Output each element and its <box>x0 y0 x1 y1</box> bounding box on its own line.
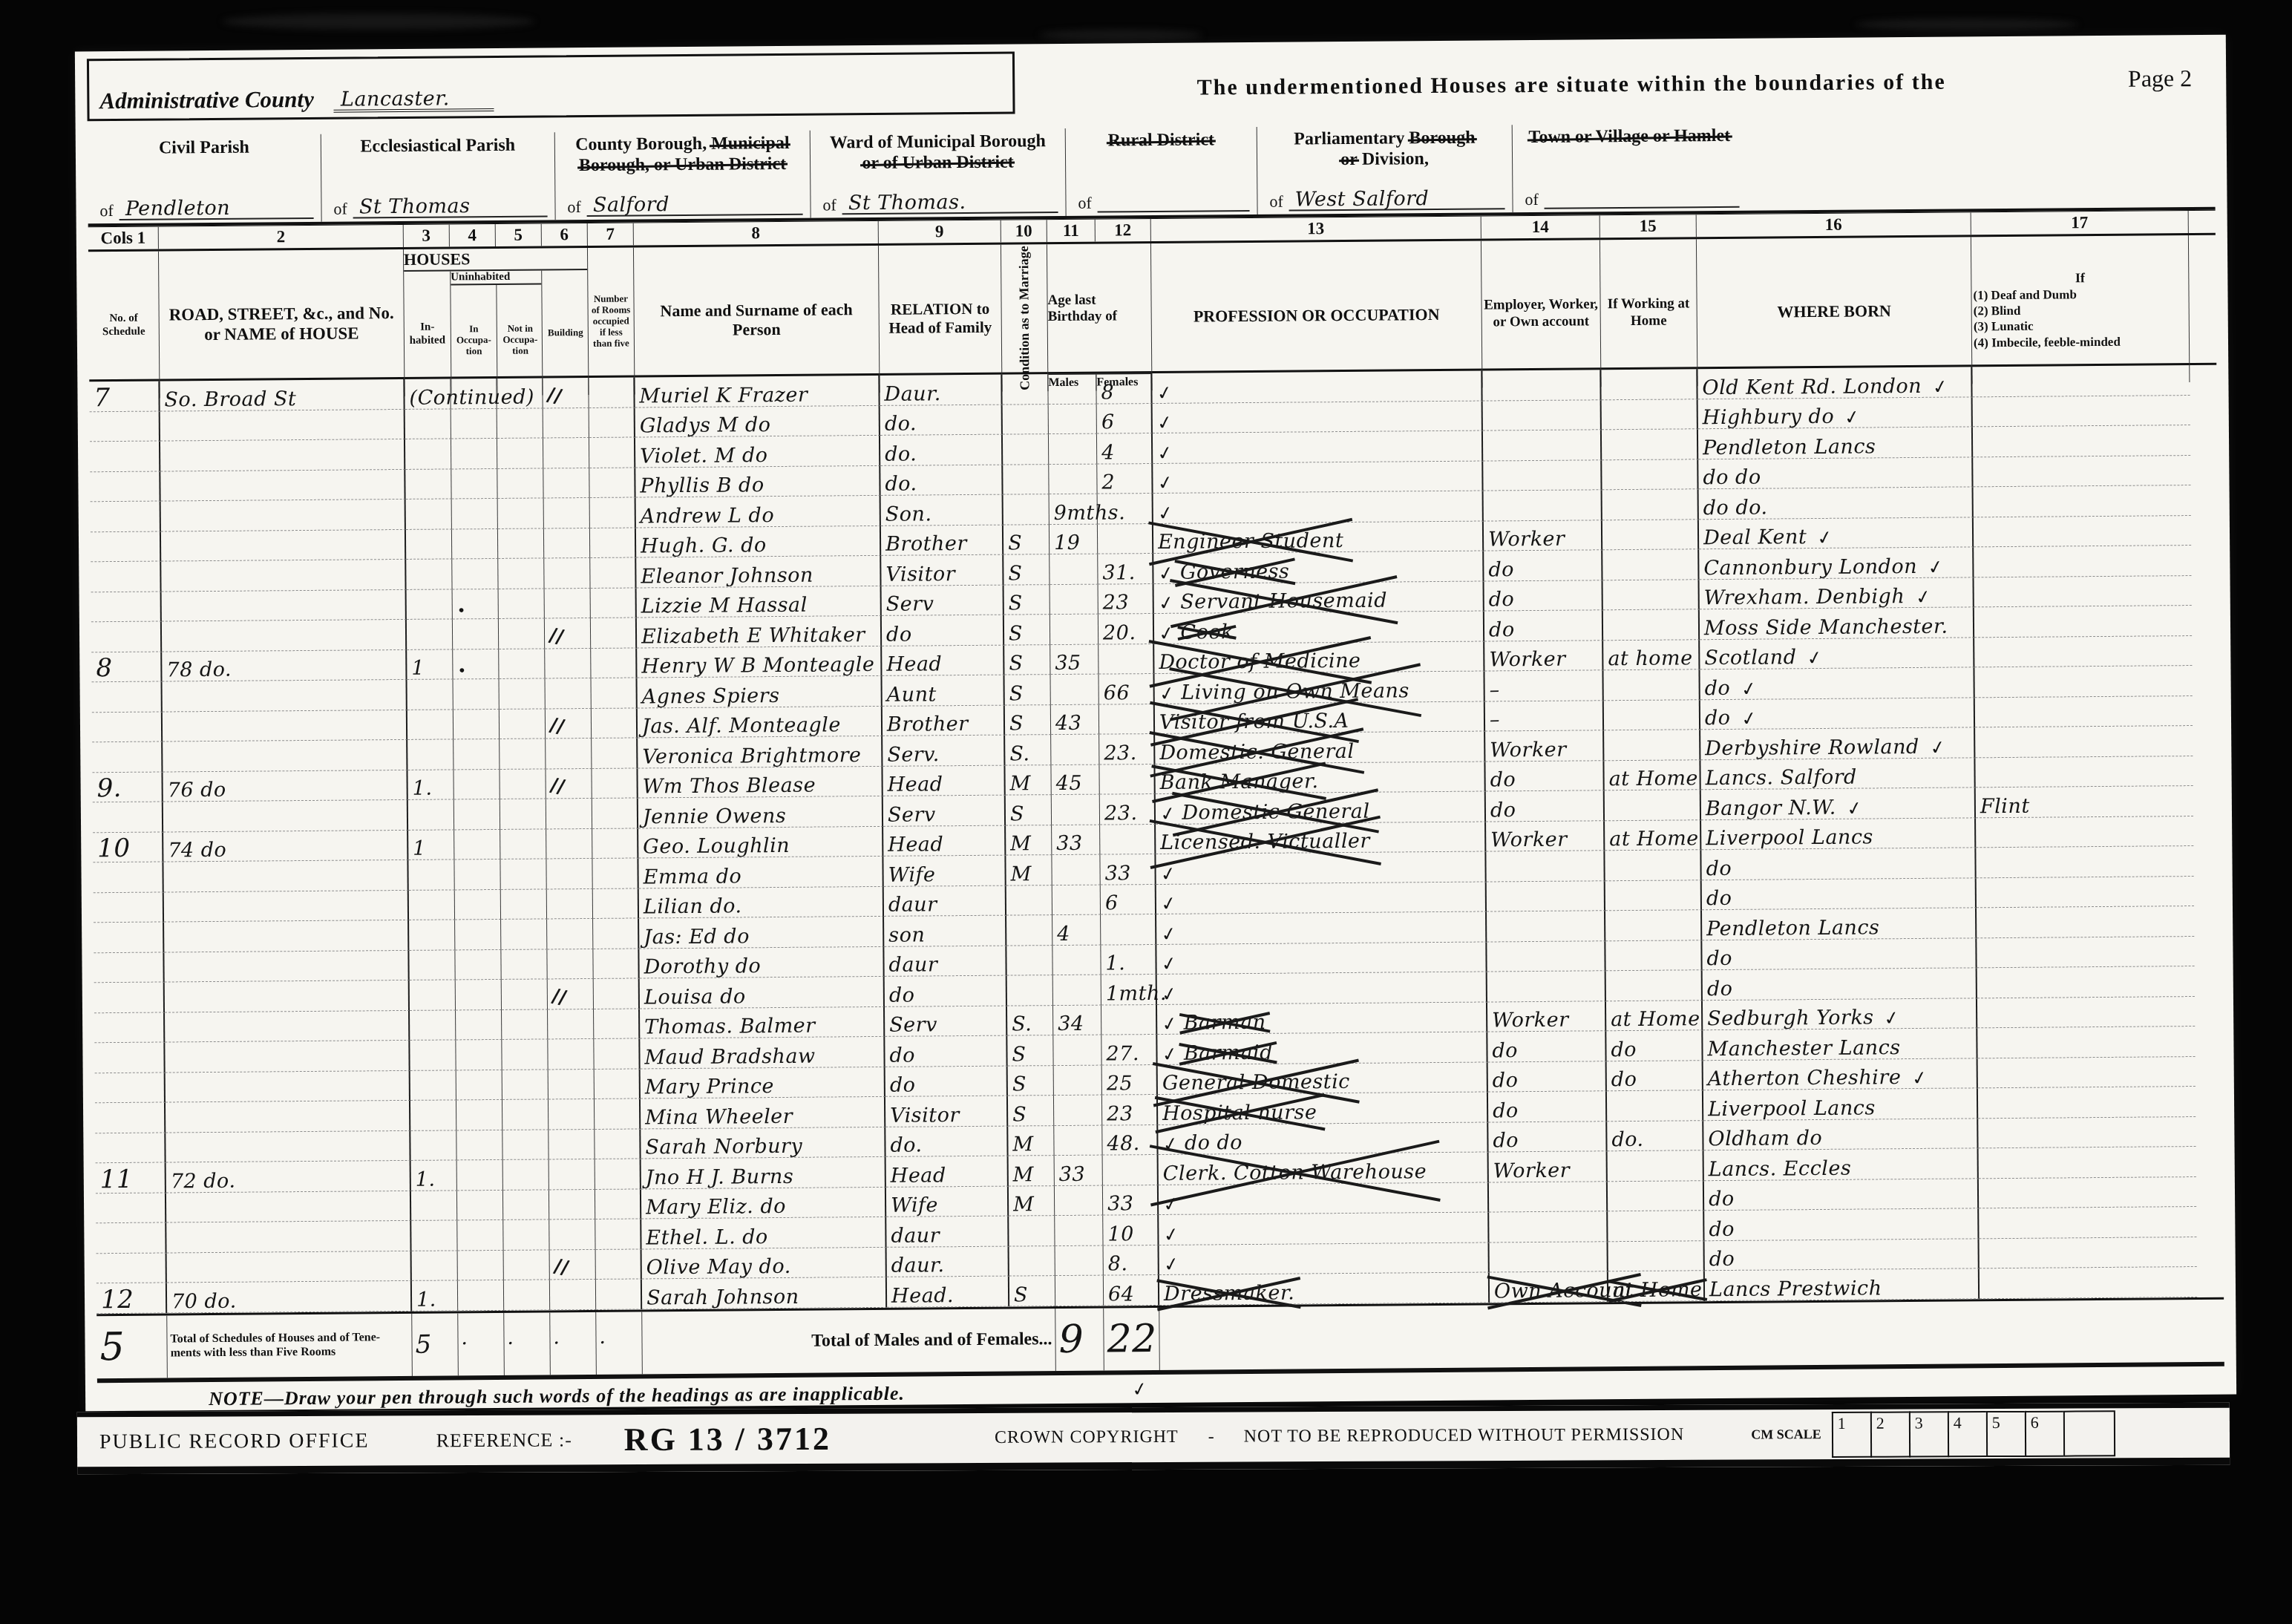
employer: Worker <box>1484 520 1602 551</box>
not-in-occupation-mark <box>497 408 543 439</box>
building-mark <box>549 1189 595 1219</box>
header-infirmity-2: (2) Blind <box>1974 303 2021 319</box>
column-number: 5 <box>496 223 542 246</box>
total-males-value: 9 <box>1055 1308 1104 1371</box>
total-dash: · <box>458 1312 505 1375</box>
condition: M <box>1008 1126 1054 1156</box>
road-name <box>166 1191 411 1222</box>
condition <box>1007 975 1053 1006</box>
parish-label-segment: Town or Village or Hamlet <box>1528 126 1730 147</box>
occupation: ✓ <box>1159 1182 1489 1215</box>
employer: Worker <box>1489 1151 1608 1182</box>
header-name: Name and Surname of each Person <box>634 246 880 395</box>
parish-of: of <box>99 201 114 220</box>
road-name <box>166 1101 410 1133</box>
building-mark <box>550 1280 596 1310</box>
infirmity-note <box>1978 1087 2196 1119</box>
building-mark <box>549 1129 595 1159</box>
in-occupation-mark: • <box>453 589 499 619</box>
relation: Aunt <box>882 675 1004 707</box>
parish-of: of <box>1269 192 1283 212</box>
schedule-number <box>94 1012 165 1043</box>
age-female: 27. <box>1101 1035 1157 1065</box>
inhabited-mark <box>405 439 451 469</box>
in-occupation-mark <box>451 468 497 499</box>
person-name: Ethel. L. do <box>641 1217 886 1249</box>
relation: Wife <box>883 856 1006 887</box>
footer-cm-ruler: 123456 <box>1832 1410 2115 1458</box>
not-in-occupation-mark <box>500 739 546 769</box>
in-occupation-mark <box>455 889 501 920</box>
road-name <box>166 1130 410 1162</box>
where-born: do <box>1703 968 1977 1000</box>
condition <box>1006 915 1052 946</box>
column-number: 15 <box>1600 215 1697 238</box>
column-number: 11 <box>1047 220 1096 243</box>
infirmity-note <box>1975 726 2193 758</box>
parish-value: St Thomas <box>353 195 548 218</box>
employer: Worker <box>1486 821 1605 852</box>
person-name: Jno H J. Burns <box>641 1157 886 1189</box>
not-in-occupation-mark <box>504 1280 550 1310</box>
inhabited-mark <box>411 1191 457 1221</box>
in-occupation-mark <box>456 980 502 1010</box>
schedule-number: 8 <box>91 652 162 682</box>
employer: do <box>1485 761 1604 792</box>
person-name: Olive May do. <box>642 1247 887 1279</box>
schedule-number: 11 <box>96 1162 166 1193</box>
age-male <box>1054 1096 1102 1126</box>
schedule-number: 7 <box>89 382 160 412</box>
relation: daur <box>884 885 1006 917</box>
header-condition-text: Condition as to Marriage <box>1017 246 1032 390</box>
age-male <box>1050 675 1098 705</box>
occupation: Visitor from U.S.A <box>1155 701 1485 734</box>
rooms-mark <box>592 708 638 739</box>
working-at-home <box>1605 880 1702 911</box>
person-name: Agnes Spiers <box>638 676 883 708</box>
age-male <box>1052 885 1101 915</box>
working-at-home: do <box>1607 1061 1703 1092</box>
age-female: 2 <box>1097 464 1153 494</box>
parish-label: Civil Parish <box>92 137 316 160</box>
person-name: Henry W B Monteagle <box>637 646 882 678</box>
relation: Serv. <box>883 736 1005 767</box>
employer: do <box>1484 580 1603 612</box>
road-name <box>166 1221 411 1253</box>
in-occupation-mark <box>453 619 499 649</box>
schedule-number <box>93 802 163 833</box>
age-female: 23. <box>1099 734 1155 764</box>
parish-of: of <box>822 195 836 215</box>
where-born: Atherton Cheshire✓ <box>1703 1058 1978 1090</box>
infirmity-note <box>1974 576 2191 608</box>
employer: do <box>1487 1031 1606 1062</box>
parish-of: of <box>567 197 581 217</box>
where-born: Oldham do <box>1703 1119 1978 1150</box>
infirmity-note <box>1973 425 2190 457</box>
total-dash: · <box>550 1312 597 1374</box>
age-female: 4 <box>1097 433 1153 464</box>
inhabited-mark <box>406 559 452 589</box>
total-schedules-count: 5 <box>96 1315 168 1378</box>
condition: S. <box>1007 1006 1053 1036</box>
condition <box>1003 405 1049 435</box>
infirmity-note <box>1977 877 2194 908</box>
column-number: 2 <box>159 225 404 249</box>
age-male <box>1053 1035 1101 1066</box>
parish-value: St Thomas. <box>842 191 1058 215</box>
employer <box>1486 851 1605 882</box>
rooms-mark <box>591 618 637 648</box>
condition: S <box>1004 615 1050 645</box>
schedule-number <box>96 1222 166 1253</box>
inhabited-mark <box>407 739 454 770</box>
inhabited-mark: 1. <box>411 1160 457 1191</box>
header-infirmity-4: (4) Imbecile, feeble-minded <box>1974 334 2121 351</box>
age-male <box>1053 975 1101 1006</box>
not-in-occupation-mark <box>501 919 547 949</box>
cm-ruler-segment: 4 <box>1948 1411 1986 1457</box>
condition: M <box>1009 1186 1055 1217</box>
header-relation: RELATION to Head of Family <box>879 245 1003 393</box>
employer: – <box>1484 670 1603 701</box>
building-mark <box>547 888 593 919</box>
relation: Visitor <box>885 1096 1008 1127</box>
inhabited-mark <box>408 799 454 830</box>
where-born: do <box>1701 848 1976 880</box>
header-road: ROAD, STREET, &c., and No. or NAME of HO… <box>159 249 405 399</box>
footer-reference-number: RG 13 / 3712 <box>624 1420 831 1458</box>
person-name: Geo. Loughlin <box>638 826 883 858</box>
where-born: Deal Kent✓ <box>1699 517 1974 549</box>
age-male <box>1052 855 1100 885</box>
stray-tick-mark: ✓ <box>1130 1378 1150 1399</box>
inhabited-mark <box>410 1070 456 1101</box>
person-name: Sarah Norbury <box>641 1127 885 1159</box>
header-age-group: Age last Birthday of Males Females <box>1047 243 1153 392</box>
schedule-number <box>94 923 164 953</box>
working-at-home <box>1602 459 1698 491</box>
where-born: Lancs. Eccles <box>1704 1148 1979 1180</box>
schedule-number <box>90 471 160 502</box>
relation: daur <box>886 1217 1009 1248</box>
not-in-occupation-mark <box>502 979 548 1009</box>
schedule-number <box>92 682 163 713</box>
road-name <box>161 500 406 531</box>
occupation: ✓ <box>1159 1212 1489 1245</box>
employer <box>1483 400 1602 431</box>
where-born: do do. <box>1699 487 1974 519</box>
where-born: do <box>1702 878 1977 910</box>
working-at-home: at home <box>1603 640 1700 671</box>
infirmity-note <box>1980 1267 2197 1299</box>
schedule-number: 12 <box>96 1283 167 1313</box>
inhabited-mark <box>407 619 453 649</box>
age-male <box>1049 404 1097 434</box>
age-male <box>1054 1125 1102 1156</box>
infirmity-note <box>1974 636 2192 668</box>
rooms-mark <box>595 1129 641 1159</box>
header-inhabited: In-habited <box>404 271 451 396</box>
condition <box>1003 494 1050 525</box>
working-at-home <box>1608 1211 1704 1242</box>
total-males-females-label: Total of Males and of Females... <box>642 1309 1056 1374</box>
employer: do <box>1486 790 1605 822</box>
working-at-home <box>1604 730 1700 761</box>
occupation: ✓ <box>1159 1242 1490 1275</box>
building-mark <box>544 558 590 589</box>
building-mark <box>543 468 589 498</box>
parish-label: Ward of Municipal Boroughor of Urban Dis… <box>815 131 1061 174</box>
in-occupation-mark <box>455 920 501 950</box>
employer <box>1490 1242 1608 1273</box>
schedule-number <box>90 442 160 472</box>
age-female: 8 <box>1096 373 1152 404</box>
person-name: Andrew L do <box>636 496 881 528</box>
condition <box>1002 374 1048 405</box>
person-name: Muriel K Frazer <box>635 376 880 407</box>
schedule-number <box>95 1133 166 1163</box>
building-mark <box>543 407 589 438</box>
age-male: 33 <box>1052 825 1100 855</box>
where-born: do <box>1702 938 1977 970</box>
in-occupation-mark <box>456 1100 502 1130</box>
parish-label: Parliamentary Boroughor Division, <box>1262 128 1507 171</box>
parish-label-segment: or of Urban District <box>862 152 1013 173</box>
age-female: 6 <box>1097 404 1153 434</box>
employer: do <box>1488 1061 1607 1093</box>
schedule-number <box>92 712 163 742</box>
parish-value: Salford <box>587 194 803 217</box>
in-occupation-mark <box>451 408 497 439</box>
building-mark: // <box>546 708 592 739</box>
occupation: Clerk. Cotton Warehouse <box>1159 1152 1489 1185</box>
employer: Own Account <box>1490 1271 1608 1303</box>
not-in-occupation-mark <box>502 1099 549 1130</box>
schedule-number <box>95 1102 166 1133</box>
infirmity-note <box>1977 906 2194 938</box>
road-name <box>167 1251 412 1283</box>
footer-office: PUBLIC RECORD OFFICE <box>99 1429 370 1454</box>
condition <box>1006 946 1052 976</box>
in-occupation-mark <box>454 769 500 799</box>
parish-label: Town or Village or Hamlet <box>1517 126 1742 148</box>
where-born: do✓ <box>1700 667 1974 699</box>
occupation: ✓ <box>1157 972 1487 1005</box>
where-born: Bangor N.W.✓ <box>1701 788 1976 819</box>
person-name: Jas. Alf. Monteagle <box>638 706 883 738</box>
relation: Son. <box>881 495 1003 526</box>
inhabited-mark <box>410 1040 456 1070</box>
age-male <box>1050 584 1098 615</box>
road-name <box>163 680 407 712</box>
age-female <box>1099 764 1155 795</box>
person-name: Jennie Owens <box>638 796 883 828</box>
column-number: 12 <box>1096 219 1151 242</box>
building-mark <box>548 1009 594 1039</box>
age-male <box>1055 1245 1104 1276</box>
rooms-mark <box>595 1189 641 1219</box>
column-number: 17 <box>1971 211 2189 235</box>
age-male: 43 <box>1051 704 1099 735</box>
relation: Visitor <box>881 555 1003 586</box>
age-male <box>1055 1216 1103 1246</box>
infirmity-note <box>1974 666 2192 698</box>
not-in-occupation-mark <box>501 949 547 980</box>
parish-label-segment: Parliamentary <box>1294 128 1409 148</box>
age-male <box>1050 554 1098 585</box>
where-born: Pendleton Lancs <box>1702 908 1977 940</box>
rooms-mark <box>591 588 637 618</box>
in-occupation-mark <box>457 1190 503 1220</box>
occupation: ✓Domestic General <box>1156 792 1486 825</box>
rooms-mark <box>590 528 636 558</box>
relation: daur <box>884 946 1006 977</box>
working-at-home <box>1605 940 1702 972</box>
working-at-home: at Home <box>1604 760 1700 791</box>
occupation: ✓do do <box>1158 1122 1488 1155</box>
condition <box>1003 434 1049 465</box>
building-mark <box>544 528 590 558</box>
footer-copyright: CROWN COPYRIGHT <box>995 1427 1179 1448</box>
header-schedule: No. of Schedule <box>88 252 160 399</box>
age-male: 35 <box>1050 644 1098 675</box>
rooms-mark <box>589 437 635 468</box>
occupation: ✓ <box>1153 401 1483 433</box>
condition: S <box>1008 1066 1054 1096</box>
header-infirmity-1: (1) Deaf and Dumb <box>1973 287 2076 303</box>
age-male <box>1054 1065 1102 1096</box>
schedule-number <box>90 411 160 442</box>
where-born: do✓ <box>1700 698 1975 730</box>
cm-ruler-segment: 5 <box>1986 1410 2025 1456</box>
not-in-occupation-mark <box>502 1039 548 1070</box>
infirmity-note <box>1974 546 2191 577</box>
working-at-home <box>1604 700 1700 731</box>
age-male <box>1051 735 1099 765</box>
inhabited-mark: 1 <box>408 830 454 860</box>
schedule-number <box>96 1253 167 1283</box>
rooms-mark <box>592 798 638 828</box>
age-female: 10 <box>1103 1215 1159 1245</box>
road-name <box>164 920 409 952</box>
parish-cell: County Borough, MunicipalBorough, or Urb… <box>555 131 811 220</box>
census-entries: 7So. Broad St(Continued)//Muriel K Fraze… <box>89 365 2224 1314</box>
where-born: Lancs Prestwich <box>1705 1268 1980 1300</box>
column-number: 4 <box>450 224 496 246</box>
relation: Head <box>883 825 1006 857</box>
age-female: 1mth. <box>1101 975 1157 1005</box>
road-name: 78 do. <box>162 649 407 681</box>
relation: Head. <box>887 1277 1009 1308</box>
road-name <box>160 439 405 471</box>
relation: Serv <box>882 585 1004 616</box>
building-mark <box>546 828 592 859</box>
rooms-mark <box>595 1159 641 1189</box>
relation: Head <box>882 645 1004 676</box>
parish-label-segment: Rural District <box>1108 130 1214 150</box>
condition <box>1003 465 1049 495</box>
inhabited-mark <box>409 950 455 980</box>
header-rooms: Number of Rooms occupied if less than fi… <box>588 248 635 396</box>
header-houses: HOUSES <box>404 248 587 272</box>
in-occupation-mark <box>454 739 500 770</box>
building-mark <box>549 1159 595 1190</box>
age-female: 25 <box>1102 1064 1158 1095</box>
inhabited-mark <box>410 1010 456 1041</box>
not-in-occupation-mark <box>503 1190 549 1220</box>
relation: do. <box>885 1126 1008 1157</box>
infirmity-note <box>1975 696 2193 728</box>
schedule-number <box>93 862 163 893</box>
road-name <box>163 710 407 741</box>
cm-ruler-segment <box>2063 1410 2115 1456</box>
working-at-home <box>1603 669 1700 701</box>
road-name <box>161 560 406 592</box>
building-mark <box>549 1219 595 1250</box>
not-in-occupation-mark <box>503 1159 549 1190</box>
in-occupation-mark <box>456 1009 502 1040</box>
condition: M <box>1006 855 1052 885</box>
rooms-mark <box>593 949 639 979</box>
condition <box>1009 1216 1055 1246</box>
occupation: ✓ <box>1156 882 1487 914</box>
person-name: Mary Prince <box>641 1067 885 1099</box>
inhabited-mark <box>406 529 452 560</box>
where-born: do do <box>1698 457 1973 489</box>
age-female <box>1101 914 1156 945</box>
rooms-mark <box>592 858 638 888</box>
parish-of: of <box>1078 194 1092 213</box>
header-infirmity: If (1) Deaf and Dumb (2) Blind (3) Lunat… <box>1971 235 2190 384</box>
parish-of: of <box>1525 190 1539 209</box>
road-name <box>160 409 405 441</box>
condition: S <box>1005 705 1051 736</box>
administrative-county-label: Administrative County <box>99 86 314 114</box>
not-in-occupation-mark <box>500 859 546 889</box>
age-female <box>1098 494 1153 524</box>
in-occupation-mark <box>452 499 498 529</box>
relation: Wife <box>886 1186 1009 1217</box>
condition: S <box>1008 1096 1054 1126</box>
cm-ruler-segment: 1 <box>1832 1411 1870 1457</box>
inhabited-mark: 1. <box>407 770 454 800</box>
parish-cell: Town or Village or Hamletof <box>1513 123 1747 212</box>
age-male <box>1052 795 1100 825</box>
working-at-home: at Home <box>1608 1271 1705 1302</box>
footer-notice: NOT TO BE REPRODUCED WITHOUT PERMISSION <box>1244 1425 1685 1447</box>
in-occupation-mark <box>451 439 497 469</box>
rooms-mark <box>590 497 636 528</box>
employer <box>1489 1182 1608 1213</box>
age-male: 34 <box>1053 1005 1101 1035</box>
infirmity-note <box>1977 937 2194 969</box>
parish-cell: Civil ParishofPendleton <box>88 134 322 223</box>
age-female <box>1098 524 1153 554</box>
age-male <box>1049 464 1097 494</box>
condition: S <box>1004 675 1050 705</box>
building-mark <box>548 1039 594 1070</box>
condition: S <box>1003 525 1050 555</box>
working-at-home <box>1603 580 1700 611</box>
not-in-occupation-mark <box>499 649 545 679</box>
occupation: Bank Manager. <box>1155 762 1485 794</box>
age-male: 9mths. <box>1050 494 1098 525</box>
in-occupation-mark <box>452 559 498 589</box>
total-empty <box>1159 1300 2198 1370</box>
person-name: Elizabeth E Whitaker <box>637 616 882 648</box>
